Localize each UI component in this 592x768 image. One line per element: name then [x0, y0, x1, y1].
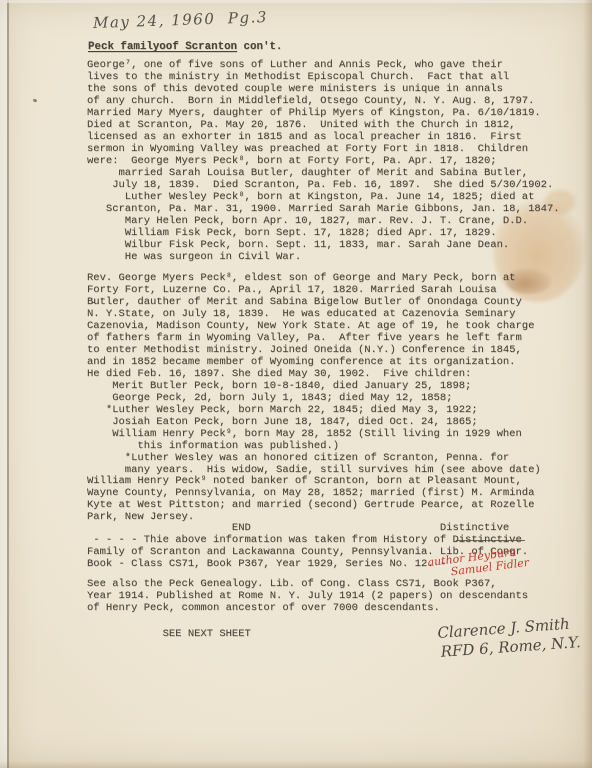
ink-speck: [33, 98, 38, 102]
scan-edge-shadow: [7, 0, 9, 768]
see-next-sheet-line: SEE NEXT SHEET: [87, 628, 251, 640]
scan-edge-left: [0, 0, 7, 768]
scanned-document-page: May 24, 1960 Pg.3 Peck familyoof Scranto…: [0, 0, 592, 768]
page-title: Peck familyoof Scranton con't.: [88, 41, 282, 53]
scan-edge-top: [0, 0, 592, 3]
paragraph-george7: George⁷, one of five sons of Luther and …: [87, 59, 560, 263]
handwritten-date-note: May 24, 1960 Pg.3: [93, 8, 268, 32]
handwritten-signature: Clarence J. SmithRFD 6, Rome, N.Y.: [437, 614, 582, 662]
paragraph-william-henry-peck9: William Henry Peck⁹ noted banker of Scra…: [87, 475, 534, 523]
page-title-rest: con't.: [237, 41, 282, 53]
page-edge-bottom: [0, 761, 592, 768]
page-title-underlined: Peck familyoof Scranton: [88, 41, 237, 53]
page-edge-right: [583, 0, 592, 768]
paragraph-rev-george-myers-peck8: Rev. George Myers Peck⁸, eldest son of G…: [87, 272, 541, 476]
see-also-block: See also the Peck Genealogy. Lib. of Con…: [87, 578, 528, 614]
